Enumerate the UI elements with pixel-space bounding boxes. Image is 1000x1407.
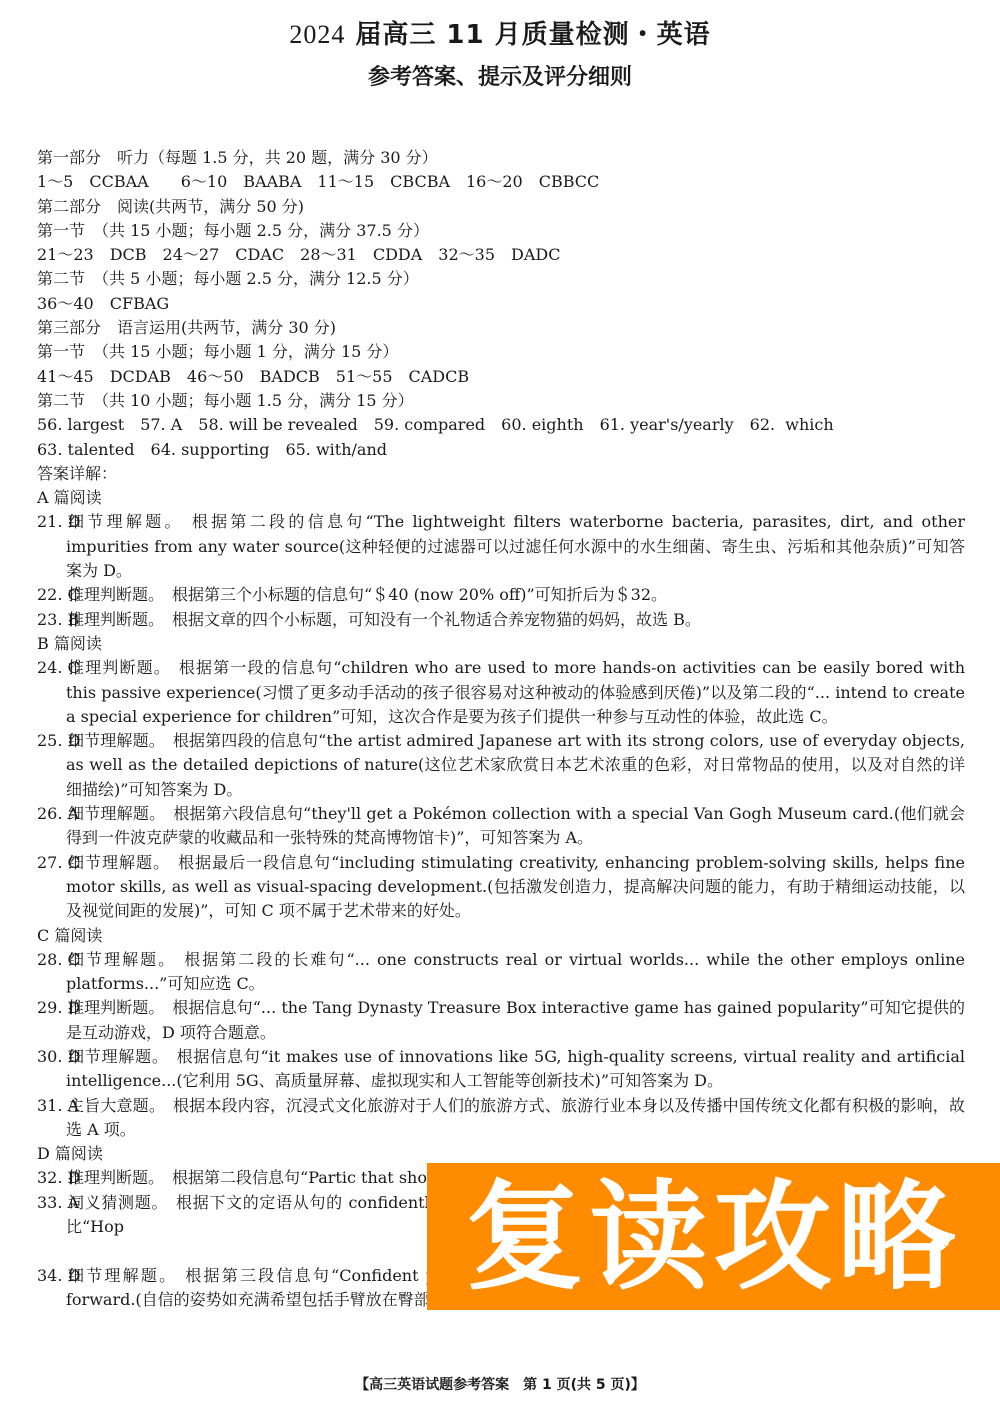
item-type: 推理判断题。 [68, 610, 164, 629]
item-type: 推理判断题。 [68, 998, 164, 1017]
item-number: 26. A [37, 802, 79, 826]
item-number: 23. B [37, 608, 79, 632]
explanation-item: 29. D推理判断题。根据信息句“... the Tang Dynasty Tr… [37, 996, 965, 1045]
part2-sec2-answers: 36～40 CFBAG [37, 292, 965, 316]
item-text: 根据第二段的信息句“The lightweight filters waterb… [66, 512, 965, 580]
item-text: 根据第四段的信息句“the artist admired Japanese ar… [66, 731, 965, 799]
page-footer: 【高三英语试题参考答案 第 1 页(共 5 页)】 [0, 1374, 1000, 1394]
item-type: 推理判断题。 [68, 1168, 164, 1187]
item-text: 根据信息句“it makes use of innovations like 5… [66, 1047, 965, 1090]
item-type: 推理判断题。 [68, 585, 164, 604]
part3-heading: 第三部分 语言运用(共两节，满分 30 分) [37, 316, 965, 340]
item-number: 28. C [37, 948, 80, 972]
item-text: 根据文章的四个小标题，可知没有一个礼物适合养宠物猫的妈妈，故选 B。 [172, 610, 701, 629]
part2-sec2-heading: 第二节 （共 5 小题；每小题 2.5 分，满分 12.5 分） [37, 267, 965, 291]
item-text: 根据第一段的信息句“children who are used to more … [66, 658, 965, 726]
item-number: 25. D [37, 729, 80, 753]
section-c-heading: C 篇阅读 [37, 924, 965, 948]
item-type: 细节理解题。 [68, 1047, 169, 1066]
section-b-heading: B 篇阅读 [37, 632, 965, 656]
explanation-item: 31. A主旨大意题。根据本段内容，沉浸式文化旅游对于人们的旅游方式、旅游行业本… [37, 1094, 965, 1143]
answer-content: 第一部分 听力（每题 1.5 分，共 20 题，满分 30 分） 1～5 CCB… [37, 146, 965, 1312]
item-text: 根据第三个小标题的信息句“＄40 (now 20% off)”可知折后为＄32。 [172, 585, 667, 604]
title-text: 届高三 11 月质量检测・英语 [345, 20, 710, 50]
item-number: 32. D [37, 1166, 80, 1190]
watermark-text: 复读攻略 [465, 1178, 961, 1296]
explanation-item: 27. C细节理解题。根据最后一段信息句“including stimulati… [37, 851, 965, 924]
item-type: 主旨大意题。 [68, 1096, 165, 1115]
details-heading: 答案详解： [37, 462, 965, 486]
item-type: 细节理解题。 [68, 950, 176, 969]
item-type: 推理判断题。 [68, 658, 171, 677]
item-number: 34. D [37, 1264, 80, 1288]
item-text: 根据最后一段信息句“including stimulating creativi… [66, 853, 965, 921]
item-number: 33. A [37, 1191, 79, 1215]
item-number: 30. D [37, 1045, 80, 1069]
item-number: 24. C [37, 656, 80, 680]
item-text: 根据第六段信息句“they'll get a Pokémon collectio… [66, 804, 965, 847]
item-number: 31. A [37, 1094, 79, 1118]
part2-sec1-heading: 第一节 （共 15 小题；每小题 2.5 分，满分 37.5 分） [37, 219, 965, 243]
part3-sec1-answers: 41～45 DCDAB 46～50 BADCB 51～55 CADCB [37, 365, 965, 389]
item-number: 27. C [37, 851, 80, 875]
part3-sec2-heading: 第二节 （共 10 小题；每小题 1.5 分，满分 15 分） [37, 389, 965, 413]
explanation-item: 26. A细节理解题。根据第六段信息句“they'll get a Pokémo… [37, 802, 965, 851]
part3-sec2-answers-2: 63. talented 64. supporting 65. with/and [37, 438, 965, 462]
item-number: 22. C [37, 583, 80, 607]
explanation-item: 22. C推理判断题。根据第三个小标题的信息句“＄40 (now 20% off… [37, 583, 965, 607]
item-type: 细节理解题。 [68, 853, 170, 872]
part3-sec2-answers-1: 56. largest 57. A 58. will be revealed 5… [37, 413, 965, 437]
part1-answers: 1～5 CCBAA 6～10 BAABA 11～15 CBCBA 16～20 C… [37, 170, 965, 194]
explanation-item: 30. D细节理解题。根据信息句“it makes use of innovat… [37, 1045, 965, 1094]
item-type: 细节理解题。 [68, 1266, 177, 1285]
item-text: 根据第二段的长难句“... one constructs real or vir… [66, 950, 965, 993]
explanation-item: 24. C推理判断题。根据第一段的信息句“children who are us… [37, 656, 965, 729]
part2-heading: 第二部分 阅读(共两节，满分 50 分) [37, 195, 965, 219]
document-title: 2024 届高三 11 月质量检测・英语 [0, 14, 1000, 51]
part3-sec1-heading: 第一节 （共 15 小题；每小题 1 分，满分 15 分） [37, 340, 965, 364]
explanation-item: 28. C细节理解题。根据第二段的长难句“... one constructs … [37, 948, 965, 997]
item-type: 细节理解题。 [68, 731, 165, 750]
explanation-item: 23. B推理判断题。根据文章的四个小标题，可知没有一个礼物适合养宠物猫的妈妈，… [37, 608, 965, 632]
item-text: 根据信息句“... the Tang Dynasty Treasure Box … [66, 998, 965, 1041]
part1-heading: 第一部分 听力（每题 1.5 分，共 20 题，满分 30 分） [37, 146, 965, 170]
item-number: 29. D [37, 996, 80, 1020]
item-type: 词义猜测题。 [68, 1193, 168, 1212]
explanation-item: 21. D细节理解题。根据第二段的信息句“The lightweight fil… [37, 510, 965, 583]
title-year: 2024 [289, 20, 345, 49]
watermark-banner: 复读攻略 [427, 1163, 1000, 1310]
part2-sec1-answers: 21～23 DCB 24～27 CDAC 28～31 CDDA 32～35 DA… [37, 243, 965, 267]
document-subtitle: 参考答案、提示及评分细则 [0, 60, 1000, 91]
item-text: 根据本段内容，沉浸式文化旅游对于人们的旅游方式、旅游行业本身以及传播中国传统文化… [66, 1096, 965, 1139]
section-a-heading: A 篇阅读 [37, 486, 965, 510]
explanation-item: 25. D细节理解题。根据第四段的信息句“the artist admired … [37, 729, 965, 802]
item-type: 细节理解题。 [68, 512, 184, 531]
item-type: 细节理解题。 [68, 804, 165, 823]
item-number: 21. D [37, 510, 80, 534]
